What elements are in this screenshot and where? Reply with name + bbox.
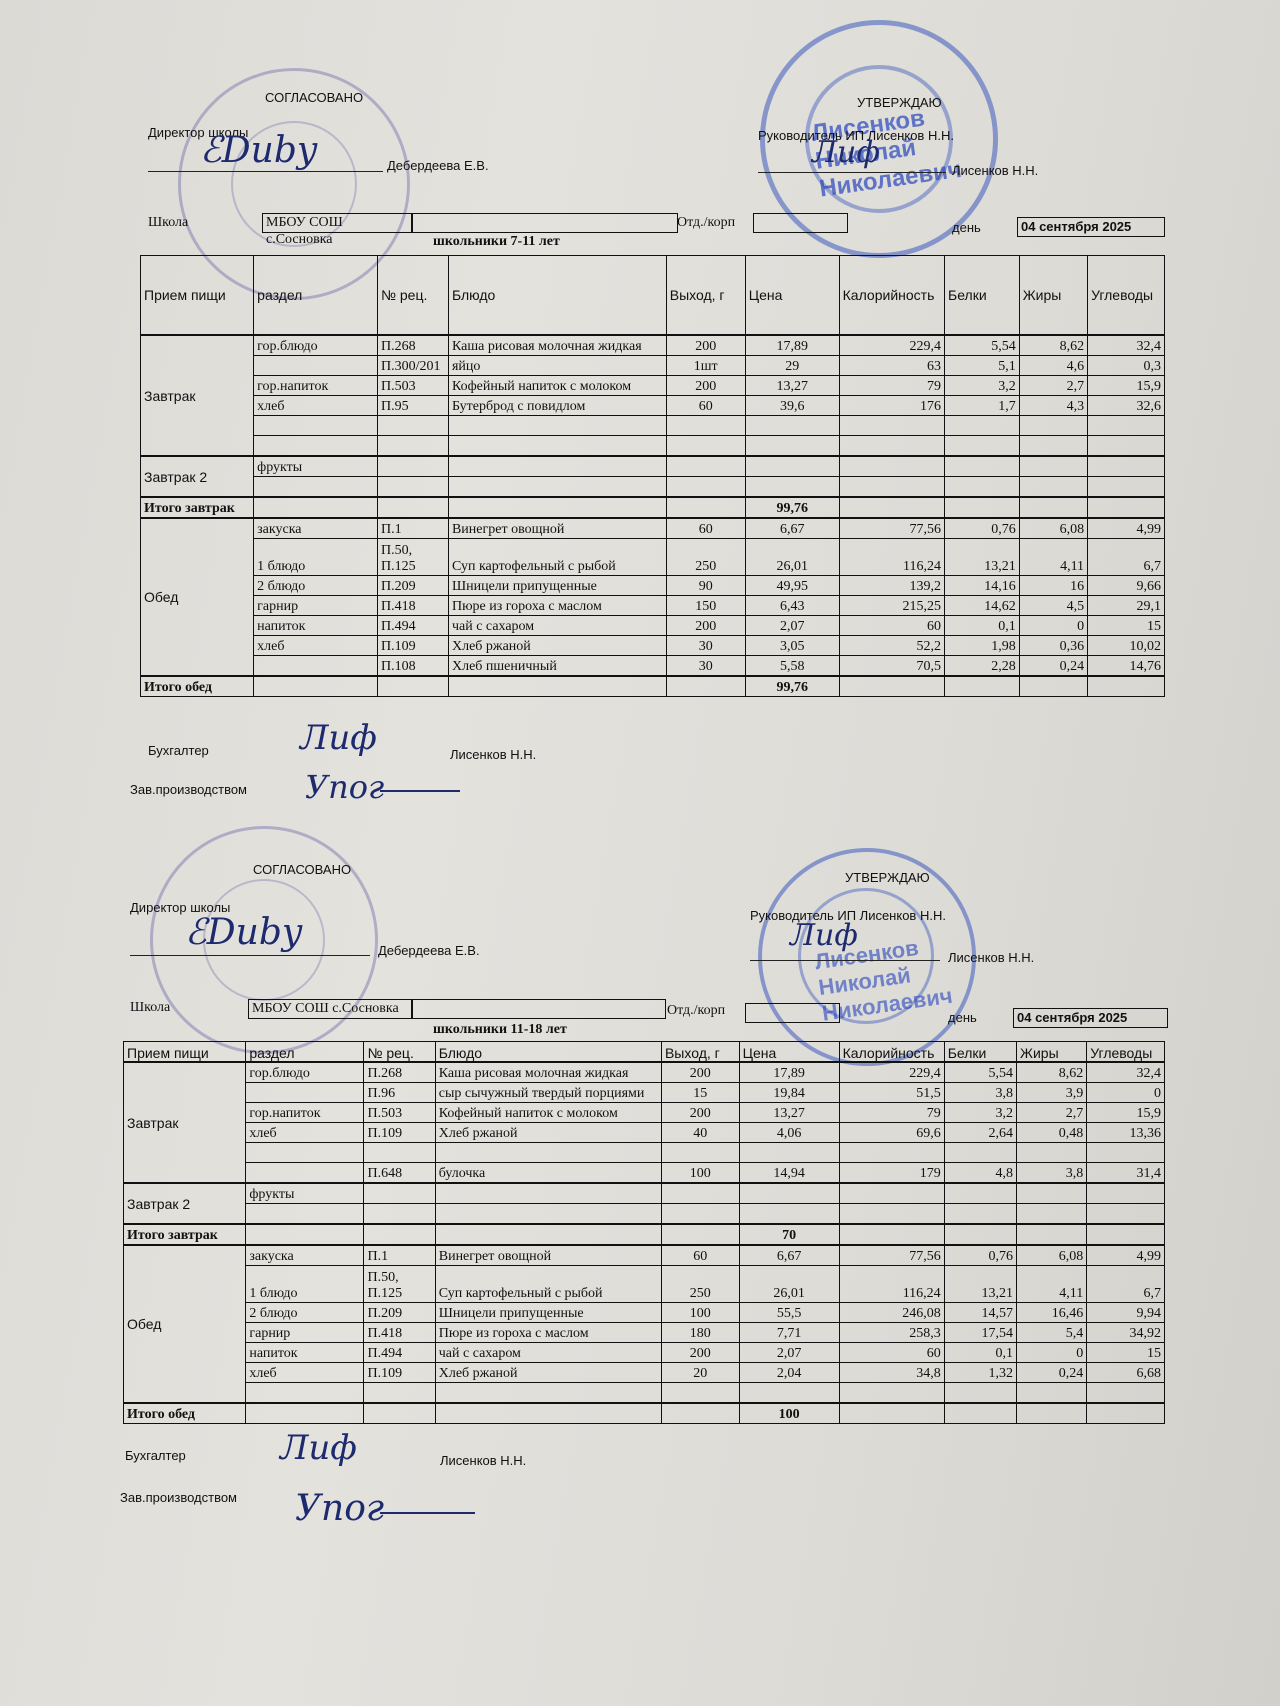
total-row: Итого обед100 bbox=[124, 1403, 1165, 1424]
cell-price: 2,07 bbox=[745, 616, 839, 636]
cell-recipe: П.418 bbox=[377, 596, 448, 616]
cell-section bbox=[254, 356, 378, 376]
column-header: № рец. bbox=[364, 1042, 435, 1063]
table-row: гор.напитокП.503Кофейный напиток с молок… bbox=[141, 376, 1165, 396]
cell-yield: 250 bbox=[661, 1266, 739, 1303]
cell-section: напиток bbox=[254, 616, 378, 636]
dept-field bbox=[745, 1003, 840, 1023]
table-row: Завтракгор.блюдоП.268Каша рисовая молочн… bbox=[141, 335, 1165, 356]
cell-price bbox=[745, 456, 839, 477]
cell-price: 6,67 bbox=[739, 1245, 839, 1266]
table-row: хлебП.109Хлеб ржаной202,0434,81,320,246,… bbox=[124, 1363, 1165, 1383]
empty-cell bbox=[945, 676, 1020, 697]
column-header: Калорийность bbox=[839, 256, 944, 336]
cell-protein: 5,54 bbox=[944, 1062, 1016, 1083]
cell-section: 1 блюдо bbox=[246, 1266, 364, 1303]
cell-carbs: 4,99 bbox=[1087, 1245, 1165, 1266]
cell-dish: Винегрет овощной bbox=[448, 518, 666, 539]
production-label: Зав.производством bbox=[120, 1490, 237, 1505]
cell-recipe: П.268 bbox=[364, 1062, 435, 1083]
table-row bbox=[124, 1204, 1165, 1225]
cell-section bbox=[246, 1143, 364, 1163]
cell-dish: сыр сычужный твердый порциями bbox=[435, 1083, 661, 1103]
cell-price bbox=[739, 1143, 839, 1163]
cell-dish: Кофейный напиток с молоком bbox=[448, 376, 666, 396]
cell-fat: 3,8 bbox=[1017, 1163, 1087, 1184]
group-caption: школьники 7-11 лет bbox=[433, 234, 560, 250]
dept-label: Отд./корп bbox=[667, 1003, 725, 1019]
cell-price: 13,27 bbox=[745, 376, 839, 396]
cell-section: гор.напиток bbox=[246, 1103, 364, 1123]
accountant-signature-icon: Лиф bbox=[280, 1428, 357, 1468]
cell-protein bbox=[944, 1183, 1016, 1204]
cell-calories bbox=[839, 1204, 944, 1225]
cell-section: закуска bbox=[254, 518, 378, 539]
cell-dish bbox=[448, 477, 666, 498]
column-header: Цена bbox=[739, 1042, 839, 1063]
cell-calories: 229,4 bbox=[839, 1062, 944, 1083]
empty-cell bbox=[364, 1403, 435, 1424]
cell-calories: 51,5 bbox=[839, 1083, 944, 1103]
cell-protein: 13,21 bbox=[944, 1266, 1016, 1303]
cell-recipe bbox=[364, 1183, 435, 1204]
table-row: хлебП.95Бутерброд с повидлом6039,61761,7… bbox=[141, 396, 1165, 416]
cell-section: хлеб bbox=[246, 1123, 364, 1143]
table-row bbox=[141, 436, 1165, 457]
cell-price: 19,84 bbox=[739, 1083, 839, 1103]
cell-fat: 4,3 bbox=[1019, 396, 1087, 416]
cell-yield bbox=[661, 1183, 739, 1204]
total-row: Итого завтрак70 bbox=[124, 1224, 1165, 1245]
cell-price: 26,01 bbox=[745, 539, 839, 576]
cell-yield bbox=[661, 1383, 739, 1404]
cell-calories: 60 bbox=[839, 1343, 944, 1363]
cell-fat bbox=[1019, 436, 1087, 457]
cell-calories: 63 bbox=[839, 356, 944, 376]
cell-fat: 5,4 bbox=[1017, 1323, 1087, 1343]
cell-yield: 100 bbox=[661, 1163, 739, 1184]
cell-recipe: П.503 bbox=[364, 1103, 435, 1123]
empty-cell bbox=[364, 1224, 435, 1245]
meal-name: Завтрак 2 bbox=[124, 1183, 246, 1224]
table-header-row: Прием пищираздел№ рец.БлюдоВыход, гЦенаК… bbox=[141, 256, 1165, 336]
cell-carbs bbox=[1087, 1143, 1165, 1163]
cell-fat bbox=[1019, 416, 1087, 436]
empty-cell bbox=[839, 497, 944, 518]
column-header: Белки bbox=[945, 256, 1020, 336]
cell-calories bbox=[839, 416, 944, 436]
cell-carbs bbox=[1088, 477, 1165, 498]
cell-carbs: 32,4 bbox=[1087, 1062, 1165, 1083]
cell-yield: 180 bbox=[661, 1323, 739, 1343]
cell-yield: 150 bbox=[666, 596, 745, 616]
total-price: 100 bbox=[739, 1403, 839, 1424]
cell-dish: Суп картофельный с рыбой bbox=[448, 539, 666, 576]
cell-section: гор.блюдо bbox=[246, 1062, 364, 1083]
empty-cell bbox=[1017, 1403, 1087, 1424]
empty-cell bbox=[661, 1403, 739, 1424]
manager-signature-line bbox=[758, 172, 946, 173]
cell-recipe: П.268 bbox=[377, 335, 448, 356]
empty-cell bbox=[435, 1224, 661, 1245]
total-label: Итого завтрак bbox=[141, 497, 254, 518]
table-row bbox=[124, 1143, 1165, 1163]
cell-fat bbox=[1017, 1383, 1087, 1404]
cell-protein: 3,2 bbox=[945, 376, 1020, 396]
cell-dish: яйцо bbox=[448, 356, 666, 376]
cell-fat: 8,62 bbox=[1017, 1062, 1087, 1083]
meal-name: Завтрак 2 bbox=[141, 456, 254, 497]
cell-fat: 6,08 bbox=[1019, 518, 1087, 539]
cell-dish: Хлеб пшеничный bbox=[448, 656, 666, 677]
cell-dish: Бутерброд с повидлом bbox=[448, 396, 666, 416]
empty-cell bbox=[944, 1224, 1016, 1245]
table-row: 1 блюдоП.50, П.125Суп картофельный с рыб… bbox=[141, 539, 1165, 576]
cell-calories: 70,5 bbox=[839, 656, 944, 677]
table-row: гарнирП.418Пюре из гороха с маслом1506,4… bbox=[141, 596, 1165, 616]
cell-calories: 229,4 bbox=[839, 335, 944, 356]
empty-cell bbox=[377, 497, 448, 518]
total-row: Итого обед99,76 bbox=[141, 676, 1165, 697]
table-row: напитокП.494чай с сахаром2002,07600,1015 bbox=[124, 1343, 1165, 1363]
day-field: 04 сентября 2025 bbox=[1017, 217, 1165, 237]
empty-cell bbox=[944, 1403, 1016, 1424]
manager-name: Лисенков Н.Н. bbox=[948, 950, 1034, 965]
cell-dish: Шницели припущенные bbox=[435, 1303, 661, 1323]
cell-carbs: 4,99 bbox=[1088, 518, 1165, 539]
cell-calories: 60 bbox=[839, 616, 944, 636]
cell-yield: 60 bbox=[666, 396, 745, 416]
cell-price: 6,67 bbox=[745, 518, 839, 539]
day-label: день bbox=[948, 1010, 977, 1025]
empty-cell bbox=[1087, 1224, 1165, 1245]
cell-dish: Пюре из гороха с маслом bbox=[435, 1323, 661, 1343]
dept-label: Отд./корп bbox=[677, 215, 735, 231]
table-row: Завтрак 2фрукты bbox=[141, 456, 1165, 477]
school-field-extra bbox=[411, 999, 666, 1019]
empty-cell bbox=[1087, 1403, 1165, 1424]
column-header: Блюдо bbox=[435, 1042, 661, 1063]
cell-recipe: П.648 bbox=[364, 1163, 435, 1184]
total-label: Итого обед bbox=[141, 676, 254, 697]
cell-fat: 8,62 bbox=[1019, 335, 1087, 356]
cell-fat: 0,36 bbox=[1019, 636, 1087, 656]
accountant-name: Лисенков Н.Н. bbox=[440, 1453, 526, 1468]
cell-section bbox=[254, 656, 378, 677]
table-row: ОбедзакускаП.1Винегрет овощной606,6777,5… bbox=[141, 518, 1165, 539]
cell-calories bbox=[839, 1183, 944, 1204]
paper-sheet: ЛисенковНиколайНиколаевич СОГЛАСОВАНО Ди… bbox=[0, 0, 1280, 1706]
cell-price: 5,58 bbox=[745, 656, 839, 677]
cell-dish: Кофейный напиток с молоком bbox=[435, 1103, 661, 1123]
day-field: 04 сентября 2025 bbox=[1013, 1008, 1168, 1028]
cell-yield bbox=[666, 477, 745, 498]
cell-calories bbox=[839, 456, 944, 477]
cell-carbs: 6,7 bbox=[1087, 1266, 1165, 1303]
column-header: Цена bbox=[745, 256, 839, 336]
empty-cell bbox=[839, 676, 944, 697]
school-field: МБОУ СОШ с.Сосновка bbox=[248, 999, 413, 1019]
empty-cell bbox=[246, 1224, 364, 1245]
cell-calories: 79 bbox=[839, 1103, 944, 1123]
day-label: день bbox=[952, 220, 981, 235]
cell-section: 2 блюдо bbox=[246, 1303, 364, 1323]
cell-protein: 0,1 bbox=[944, 1343, 1016, 1363]
cell-fat: 4,11 bbox=[1017, 1266, 1087, 1303]
cell-fat: 0,24 bbox=[1017, 1363, 1087, 1383]
cell-protein: 4,8 bbox=[944, 1163, 1016, 1184]
cell-yield: 200 bbox=[661, 1343, 739, 1363]
school-field: МБОУ СОШ с.Сосновка bbox=[262, 213, 413, 233]
cell-calories: 139,2 bbox=[839, 576, 944, 596]
cell-protein: 14,62 bbox=[945, 596, 1020, 616]
cell-dish bbox=[435, 1183, 661, 1204]
cell-calories: 179 bbox=[839, 1163, 944, 1184]
empty-cell bbox=[839, 1403, 944, 1424]
cell-recipe: П.109 bbox=[364, 1363, 435, 1383]
cell-yield: 200 bbox=[666, 335, 745, 356]
empty-cell bbox=[254, 676, 378, 697]
cell-protein: 2,28 bbox=[945, 656, 1020, 677]
cell-price: 3,05 bbox=[745, 636, 839, 656]
school-field-extra bbox=[411, 213, 678, 233]
cell-price: 14,94 bbox=[739, 1163, 839, 1184]
cell-yield: 40 bbox=[661, 1123, 739, 1143]
cell-section bbox=[254, 436, 378, 457]
cell-dish bbox=[448, 416, 666, 436]
cell-fat: 4,6 bbox=[1019, 356, 1087, 376]
cell-dish: Хлеб ржаной bbox=[435, 1363, 661, 1383]
cell-protein: 5,1 bbox=[945, 356, 1020, 376]
cell-price: 13,27 bbox=[739, 1103, 839, 1123]
cell-section: закуска bbox=[246, 1245, 364, 1266]
cell-dish: булочка bbox=[435, 1163, 661, 1184]
cell-section: хлеб bbox=[254, 636, 378, 656]
director-signature-icon: ℰDuby bbox=[200, 130, 317, 171]
total-label: Итого завтрак bbox=[124, 1224, 246, 1245]
cell-recipe: П.209 bbox=[364, 1303, 435, 1323]
cell-calories bbox=[839, 436, 944, 457]
cell-carbs bbox=[1087, 1383, 1165, 1404]
cell-section: гарнир bbox=[246, 1323, 364, 1343]
empty-cell bbox=[254, 497, 378, 518]
table-row: гарнирП.418Пюре из гороха с маслом1807,7… bbox=[124, 1323, 1165, 1343]
cell-yield: 30 bbox=[666, 656, 745, 677]
cell-carbs bbox=[1087, 1183, 1165, 1204]
cell-yield: 15 bbox=[661, 1083, 739, 1103]
empty-cell bbox=[666, 676, 745, 697]
cell-carbs: 0,3 bbox=[1088, 356, 1165, 376]
cell-recipe: П.503 bbox=[377, 376, 448, 396]
cell-section bbox=[254, 416, 378, 436]
cell-protein bbox=[944, 1383, 1016, 1404]
cell-recipe: П.494 bbox=[377, 616, 448, 636]
empty-cell bbox=[945, 497, 1020, 518]
approved-right-title: УТВЕРЖДАЮ bbox=[857, 95, 942, 110]
cell-dish: Шницели припущенные bbox=[448, 576, 666, 596]
school-label: Школа bbox=[130, 1000, 170, 1016]
cell-fat: 2,7 bbox=[1019, 376, 1087, 396]
cell-price: 17,89 bbox=[745, 335, 839, 356]
cell-section bbox=[254, 477, 378, 498]
cell-price: 55,5 bbox=[739, 1303, 839, 1323]
cell-carbs: 13,36 bbox=[1087, 1123, 1165, 1143]
meal-name: Завтрак bbox=[141, 335, 254, 456]
cell-carbs bbox=[1088, 456, 1165, 477]
cell-protein bbox=[945, 477, 1020, 498]
table-row: П.96сыр сычужный твердый порциями1519,84… bbox=[124, 1083, 1165, 1103]
cell-section bbox=[246, 1383, 364, 1404]
manager-signature-line bbox=[750, 960, 940, 961]
cell-fat: 2,7 bbox=[1017, 1103, 1087, 1123]
cell-dish: Каша рисовая молочная жидкая bbox=[448, 335, 666, 356]
cell-carbs bbox=[1088, 436, 1165, 457]
approved-left-title: СОГЛАСОВАНО bbox=[265, 90, 363, 105]
cell-carbs: 0 bbox=[1087, 1083, 1165, 1103]
approved-right-title: УТВЕРЖДАЮ bbox=[845, 870, 930, 885]
cell-yield: 250 bbox=[666, 539, 745, 576]
cell-yield bbox=[666, 456, 745, 477]
cell-recipe bbox=[364, 1383, 435, 1404]
cell-yield: 200 bbox=[661, 1103, 739, 1123]
cell-carbs: 15 bbox=[1088, 616, 1165, 636]
cell-dish: Хлеб ржаной bbox=[448, 636, 666, 656]
cell-fat: 0,24 bbox=[1019, 656, 1087, 677]
table-row: 2 блюдоП.209Шницели припущенные10055,524… bbox=[124, 1303, 1165, 1323]
group-caption: школьники 11-18 лет bbox=[433, 1022, 567, 1038]
cell-protein bbox=[945, 436, 1020, 457]
cell-calories: 176 bbox=[839, 396, 944, 416]
cell-yield: 1шт bbox=[666, 356, 745, 376]
cell-price: 2,07 bbox=[739, 1343, 839, 1363]
cell-price bbox=[739, 1383, 839, 1404]
production-signature-stroke bbox=[380, 1512, 475, 1514]
cell-carbs: 14,76 bbox=[1088, 656, 1165, 677]
table-row: хлебП.109Хлеб ржаной404,0669,62,640,4813… bbox=[124, 1123, 1165, 1143]
cell-recipe bbox=[377, 456, 448, 477]
cell-calories: 258,3 bbox=[839, 1323, 944, 1343]
accountant-label: Бухгалтер bbox=[125, 1448, 186, 1463]
cell-section: 1 блюдо bbox=[254, 539, 378, 576]
cell-protein: 14,16 bbox=[945, 576, 1020, 596]
cell-yield: 60 bbox=[666, 518, 745, 539]
column-header: Выход, г bbox=[666, 256, 745, 336]
menu-table: Прием пищираздел№ рец.БлюдоВыход, гЦенаК… bbox=[140, 255, 1165, 697]
total-price: 70 bbox=[739, 1224, 839, 1245]
column-header: Жиры bbox=[1019, 256, 1087, 336]
cell-protein: 5,54 bbox=[945, 335, 1020, 356]
empty-cell bbox=[666, 497, 745, 518]
table-row: П.648булочка10014,941794,83,831,4 bbox=[124, 1163, 1165, 1184]
cell-protein: 17,54 bbox=[944, 1323, 1016, 1343]
cell-dish: Суп картофельный с рыбой bbox=[435, 1266, 661, 1303]
cell-recipe: П.109 bbox=[364, 1123, 435, 1143]
column-header: № рец. bbox=[377, 256, 448, 336]
empty-cell bbox=[246, 1403, 364, 1424]
cell-recipe bbox=[377, 477, 448, 498]
column-header: раздел bbox=[246, 1042, 364, 1063]
total-price: 99,76 bbox=[745, 497, 839, 518]
approved-left-title: СОГЛАСОВАНО bbox=[253, 862, 351, 877]
cell-section: хлеб bbox=[246, 1363, 364, 1383]
cell-protein bbox=[944, 1204, 1016, 1225]
cell-carbs: 15,9 bbox=[1087, 1103, 1165, 1123]
cell-protein: 3,2 bbox=[944, 1103, 1016, 1123]
cell-yield: 200 bbox=[666, 616, 745, 636]
empty-cell bbox=[661, 1224, 739, 1245]
empty-cell bbox=[1088, 676, 1165, 697]
table-row bbox=[141, 416, 1165, 436]
cell-carbs: 15 bbox=[1087, 1343, 1165, 1363]
cell-yield bbox=[666, 436, 745, 457]
cell-fat: 4,5 bbox=[1019, 596, 1087, 616]
cell-price: 4,06 bbox=[739, 1123, 839, 1143]
accountant-signature-icon: Лиф bbox=[300, 718, 377, 758]
column-header: раздел bbox=[254, 256, 378, 336]
table-row: напитокП.494чай с сахаром2002,07600,1015 bbox=[141, 616, 1165, 636]
cell-carbs: 10,02 bbox=[1088, 636, 1165, 656]
cell-fat: 3,9 bbox=[1017, 1083, 1087, 1103]
cell-protein: 14,57 bbox=[944, 1303, 1016, 1323]
cell-calories bbox=[839, 477, 944, 498]
cell-section: хлеб bbox=[254, 396, 378, 416]
cell-protein: 0,76 bbox=[944, 1245, 1016, 1266]
cell-protein: 0,76 bbox=[945, 518, 1020, 539]
meal-name: Завтрак bbox=[124, 1062, 246, 1183]
cell-price: 7,71 bbox=[739, 1323, 839, 1343]
cell-carbs: 29,1 bbox=[1088, 596, 1165, 616]
cell-fat: 16 bbox=[1019, 576, 1087, 596]
director-signature-line bbox=[148, 171, 383, 172]
cell-calories: 116,24 bbox=[839, 1266, 944, 1303]
cell-price: 26,01 bbox=[739, 1266, 839, 1303]
cell-protein: 13,21 bbox=[945, 539, 1020, 576]
cell-calories: 52,2 bbox=[839, 636, 944, 656]
empty-cell bbox=[1019, 497, 1087, 518]
cell-calories bbox=[839, 1143, 944, 1163]
cell-carbs bbox=[1088, 416, 1165, 436]
cell-carbs: 32,4 bbox=[1088, 335, 1165, 356]
cell-protein: 1,32 bbox=[944, 1363, 1016, 1383]
cell-calories bbox=[839, 1383, 944, 1404]
empty-cell bbox=[1088, 497, 1165, 518]
cell-dish: Винегрет овощной bbox=[435, 1245, 661, 1266]
manager-name: Лисенков Н.Н. bbox=[952, 163, 1038, 178]
cell-carbs: 9,66 bbox=[1088, 576, 1165, 596]
cell-protein bbox=[944, 1143, 1016, 1163]
table-header-row: Прием пищираздел№ рец.БлюдоВыход, гЦенаК… bbox=[124, 1042, 1165, 1063]
cell-price: 39,6 bbox=[745, 396, 839, 416]
cell-recipe: П.108 bbox=[377, 656, 448, 677]
cell-fat bbox=[1017, 1183, 1087, 1204]
cell-calories: 246,08 bbox=[839, 1303, 944, 1323]
cell-section bbox=[246, 1163, 364, 1184]
column-header: Прием пищи bbox=[124, 1042, 246, 1063]
cell-dish: Пюре из гороха с маслом bbox=[448, 596, 666, 616]
cell-recipe: П.95 bbox=[377, 396, 448, 416]
cell-recipe: П.494 bbox=[364, 1343, 435, 1363]
cell-fat: 0,48 bbox=[1017, 1123, 1087, 1143]
cell-recipe: П.96 bbox=[364, 1083, 435, 1103]
column-header: Жиры bbox=[1017, 1042, 1087, 1063]
cell-section: гор.блюдо bbox=[254, 335, 378, 356]
director-name: Дебердеева Е.В. bbox=[378, 943, 480, 958]
cell-recipe: П.209 bbox=[377, 576, 448, 596]
cell-yield: 90 bbox=[666, 576, 745, 596]
cell-recipe bbox=[377, 436, 448, 457]
cell-carbs: 34,92 bbox=[1087, 1323, 1165, 1343]
meal-name: Обед bbox=[124, 1245, 246, 1403]
